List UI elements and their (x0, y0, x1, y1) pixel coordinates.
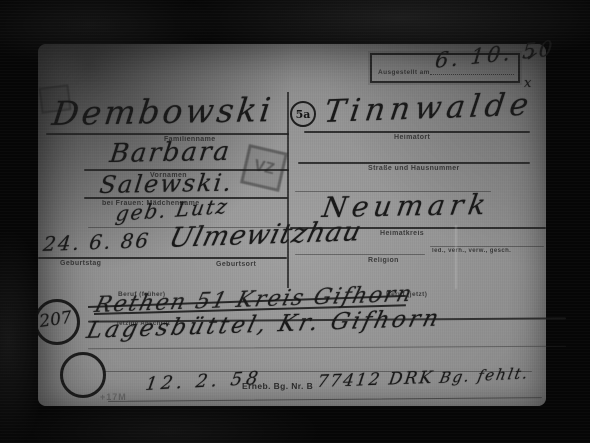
district-line (290, 227, 546, 229)
issue-stamp-label: Ausgestellt am (378, 69, 430, 76)
street-line (298, 162, 530, 164)
vz-stamp-text: VZ (252, 157, 276, 179)
form-label: Erheb. Bg. Nr. B (242, 381, 313, 391)
hometown-value: Tinnwalde (322, 87, 536, 130)
footer-line (108, 397, 542, 402)
section-mark-value: 5a (296, 108, 311, 121)
check-mark: ✓ (524, 48, 538, 65)
registration-number-circle: 207 (34, 299, 80, 345)
district-value: Neumark (320, 188, 493, 224)
issue-date-value: 6. 10. 50 (434, 36, 556, 73)
marital-options-label: led., verh., verw., gesch. (432, 248, 511, 254)
birth-date-label: Geburtstag (60, 260, 101, 267)
form-number-value: 77412 DRK (316, 368, 435, 392)
surname-line (46, 133, 289, 135)
address-line-2 (88, 346, 566, 350)
footer-note-value: Bg. fehlt. (438, 364, 531, 387)
marital-line (430, 246, 544, 247)
hometown-label: Heimatort (394, 134, 430, 141)
surname-value: Dembowski (50, 90, 276, 133)
birth-place-label: Geburtsort (216, 261, 256, 268)
religion-line (295, 254, 425, 255)
section-mark-circle: 5a (290, 101, 316, 127)
vz-stamp-icon: VZ (240, 144, 288, 192)
district-label: Heimatkreis (380, 230, 424, 237)
column-divider (287, 92, 289, 288)
religion-label: Religion (368, 257, 399, 264)
birth-line (38, 257, 287, 259)
film-scratch (455, 225, 457, 289)
registration-card: Ausgestellt am 6. 10. 50 ✓ x Dembowski F… (38, 44, 546, 406)
issue-stamp-box: Ausgestellt am 6. 10. 50 (370, 53, 520, 83)
hometown-line (304, 131, 530, 133)
issue-stamp-dotted-line (430, 74, 514, 75)
registration-number-value: 207 (38, 308, 73, 332)
street-label: Straße und Hausnummer (368, 165, 460, 172)
photo-of-index-card: Ausgestellt am 6. 10. 50 ✓ x Dembowski F… (0, 0, 590, 443)
first-name-value: Barbara (108, 137, 233, 169)
birth-date-value: 24. 6. 86 (42, 228, 152, 256)
